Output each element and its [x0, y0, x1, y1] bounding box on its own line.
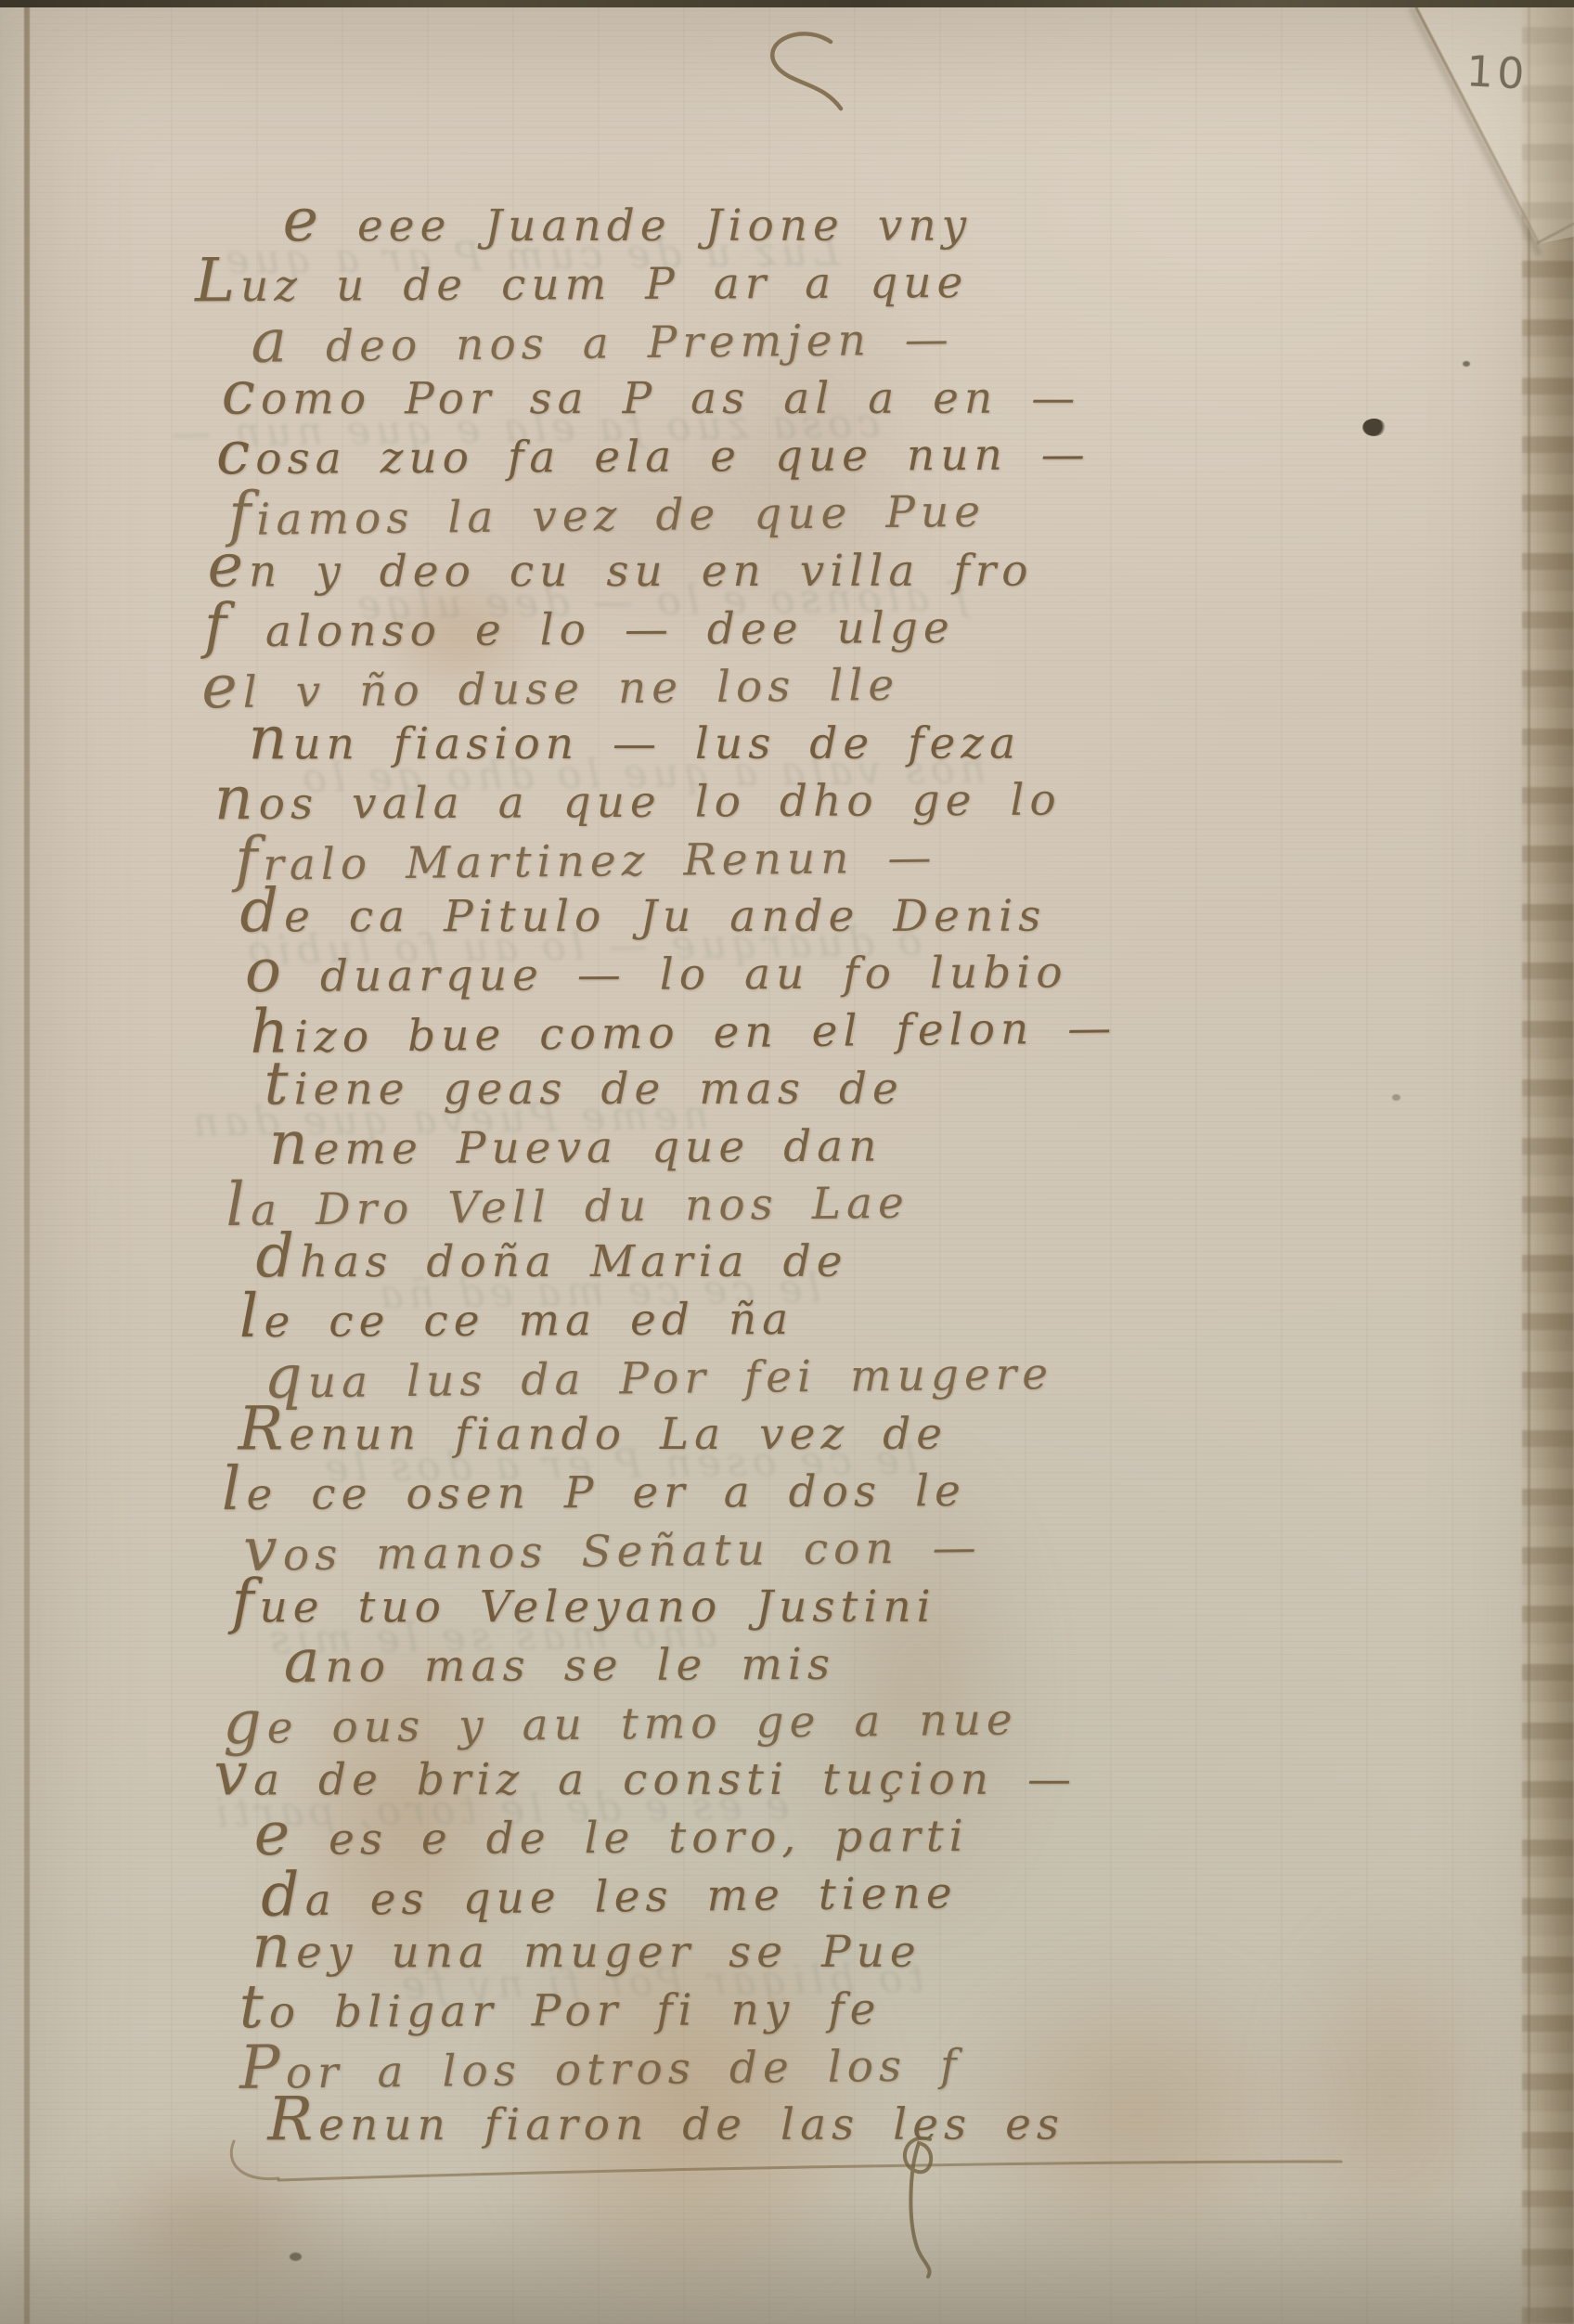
left-margin-band — [0, 6, 24, 2324]
deckle-edge-crease — [1528, 6, 1530, 2324]
folio-number: 10 — [1465, 45, 1529, 98]
binding-crease — [24, 6, 30, 2324]
ink-speck — [1463, 361, 1470, 367]
manuscript-page: Luz u de cum P ar a quecosa zuo fa ela e… — [0, 6, 1574, 2324]
ink-speck — [1392, 1094, 1400, 1101]
scan-background-edge — [0, 0, 1574, 7]
scribal-rule — [0, 6, 1574, 2324]
manuscript-scan: Luz u de cum P ar a quecosa zuo fa ela e… — [0, 0, 1574, 2324]
wormhole — [1362, 419, 1386, 436]
ink-speck — [290, 2253, 302, 2261]
scribal-flourish-bottom-icon — [889, 2130, 963, 2288]
